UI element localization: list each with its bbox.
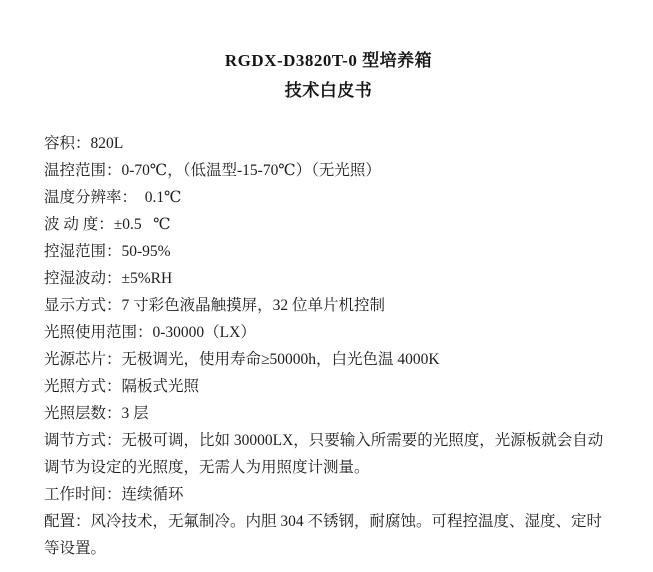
spec-line-adjustment-method: 调节方式：无极可调，比如 30000LX，只要输入所需要的光照度，光源板就会自动… (44, 427, 613, 481)
spec-line-light-source-chip: 光源芯片：无极调光，使用寿命≥50000h，白光色温 4000K (44, 346, 613, 373)
spec-line-temp-fluctuation: 波 动 度：±0.5 ℃ (44, 211, 613, 238)
spec-line-display-method: 显示方式：7 寸彩色液晶触摸屏，32 位单片机控制 (44, 292, 613, 319)
document-title-line-subtitle: 技术白皮书 (44, 76, 613, 106)
spec-line-humidity-fluctuation: 控湿波动：±5%RH (44, 265, 613, 292)
spec-line-capacity: 容积：820L (44, 130, 613, 157)
document-title: RGDX-D3820T-0 型培养箱 技术白皮书 (44, 46, 613, 106)
document-page: RGDX-D3820T-0 型培养箱 技术白皮书 容积：820L 温控范围：0-… (0, 0, 653, 572)
spec-line-lighting-layers: 光照层数：3 层 (44, 400, 613, 427)
spec-line-configuration: 配置：风冷技术，无氟制冷。内胆 304 不锈钢，耐腐蚀。可程控温度、湿度、定时等… (44, 508, 613, 562)
document-title-line-model: RGDX-D3820T-0 型培养箱 (44, 46, 613, 76)
spec-line-temp-control-range: 温控范围：0-70℃，（低温型-15-70℃）（无光照） (44, 157, 613, 184)
spec-line-working-time: 工作时间：连续循环 (44, 481, 613, 508)
spec-line-illumination-range: 光照使用范围：0-30000（LX） (44, 319, 613, 346)
spec-list: 容积：820L 温控范围：0-70℃，（低温型-15-70℃）（无光照） 温度分… (44, 130, 613, 562)
spec-line-humidity-range: 控湿范围：50-95% (44, 238, 613, 265)
spec-line-lighting-method: 光照方式：隔板式光照 (44, 373, 613, 400)
spec-line-temp-resolution: 温度分辨率： 0.1℃ (44, 184, 613, 211)
